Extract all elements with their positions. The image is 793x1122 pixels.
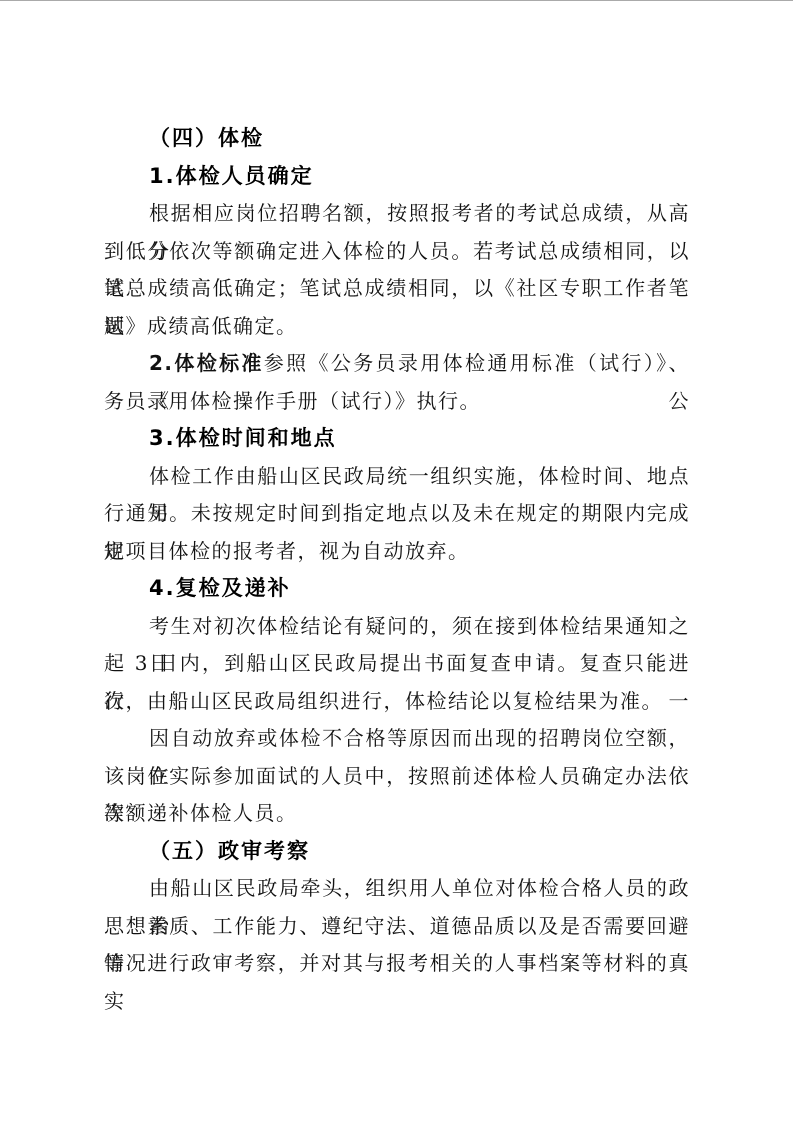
text-segment: 等额递补体检人员。: [104, 801, 298, 825]
text-line: 考生对初次体检结论有疑问的，须在接到体检结果通知之日: [104, 608, 690, 646]
bold-text-segment: 3.体检时间和地点: [149, 426, 337, 450]
text-line: 体检工作由船山区民政局统一组织实施，体检时间、地点另: [104, 458, 690, 496]
text-line: 起 3 日内，到船山区民政局提出书面复查申请。复查只能进行一: [104, 645, 690, 683]
text-line: 由船山区民政局牵头，组织用人单位对体检合格人员的政治: [104, 870, 690, 908]
text-segment: 定项目体检的报考者，视为自动放弃。: [104, 539, 470, 563]
text-segment: 情况进行政审考察，并对其与报考相关的人事档案等材料的真实: [104, 951, 690, 1013]
section-heading-line: （五）政审考察: [104, 833, 690, 871]
bold-text-segment: （四）体检: [149, 126, 264, 150]
document-page: （四）体检1.体检人员确定根据相应岗位招聘名额，按照报考者的考试总成绩，从高分到…: [0, 0, 793, 1122]
bold-text-segment: 4.复检及递补: [149, 576, 291, 600]
text-segment: 次，由船山区民政局组织进行，体检结论以复检结果为准。: [104, 689, 663, 713]
page-top-edge-line: [0, 0, 793, 1]
text-line: 2.体检标准参照《公务员录用体检通用标准（试行）》、《公: [104, 345, 690, 383]
section-heading-line: 3.体检时间和地点: [104, 420, 690, 458]
text-line: 根据相应岗位招聘名额，按照报考者的考试总成绩，从高分: [104, 195, 690, 233]
text-line: 题》成绩高低确定。: [104, 308, 690, 346]
text-line: 该岗位实际参加面试的人员中，按照前述体检人员确定办法依次: [104, 758, 690, 796]
bold-text-segment: （五）政审考察: [149, 839, 310, 863]
section-heading-line: 4.复检及递补: [104, 570, 690, 608]
document-body: （四）体检1.体检人员确定根据相应岗位招聘名额，按照报考者的考试总成绩，从高分到…: [104, 120, 690, 983]
text-line: 等额递补体检人员。: [104, 795, 690, 833]
text-line: 思想素质、工作能力、遵纪守法、道德品质以及是否需要回避等: [104, 908, 690, 946]
text-line: 情况进行政审考察，并对其与报考相关的人事档案等材料的真实: [104, 945, 690, 983]
text-line: 行通知。未按规定时间到指定地点以及未在规定的期限内完成规: [104, 495, 690, 533]
text-segment: 题》成绩高低确定。: [104, 314, 298, 338]
section-heading-line: （四）体检: [104, 120, 690, 158]
text-line: 次，由船山区民政局组织进行，体检结论以复检结果为准。: [104, 683, 690, 721]
bold-text-segment: 2.体检标准: [149, 351, 264, 375]
text-line: 定项目体检的报考者，视为自动放弃。: [104, 533, 690, 571]
section-heading-line: 1.体检人员确定: [104, 158, 690, 196]
bold-text-segment: 1.体检人员确定: [149, 164, 314, 188]
text-line: 试总成绩高低确定；笔试总成绩相同，以《社区专职工作者笔试: [104, 270, 690, 308]
text-line: 到低分依次等额确定进入体检的人员。若考试总成绩相同，以笔: [104, 233, 690, 271]
text-line: 因自动放弃或体检不合格等原因而出现的招聘岗位空额，在: [104, 720, 690, 758]
text-segment: 务员录用体检操作手册（试行）》执行。: [104, 389, 481, 413]
